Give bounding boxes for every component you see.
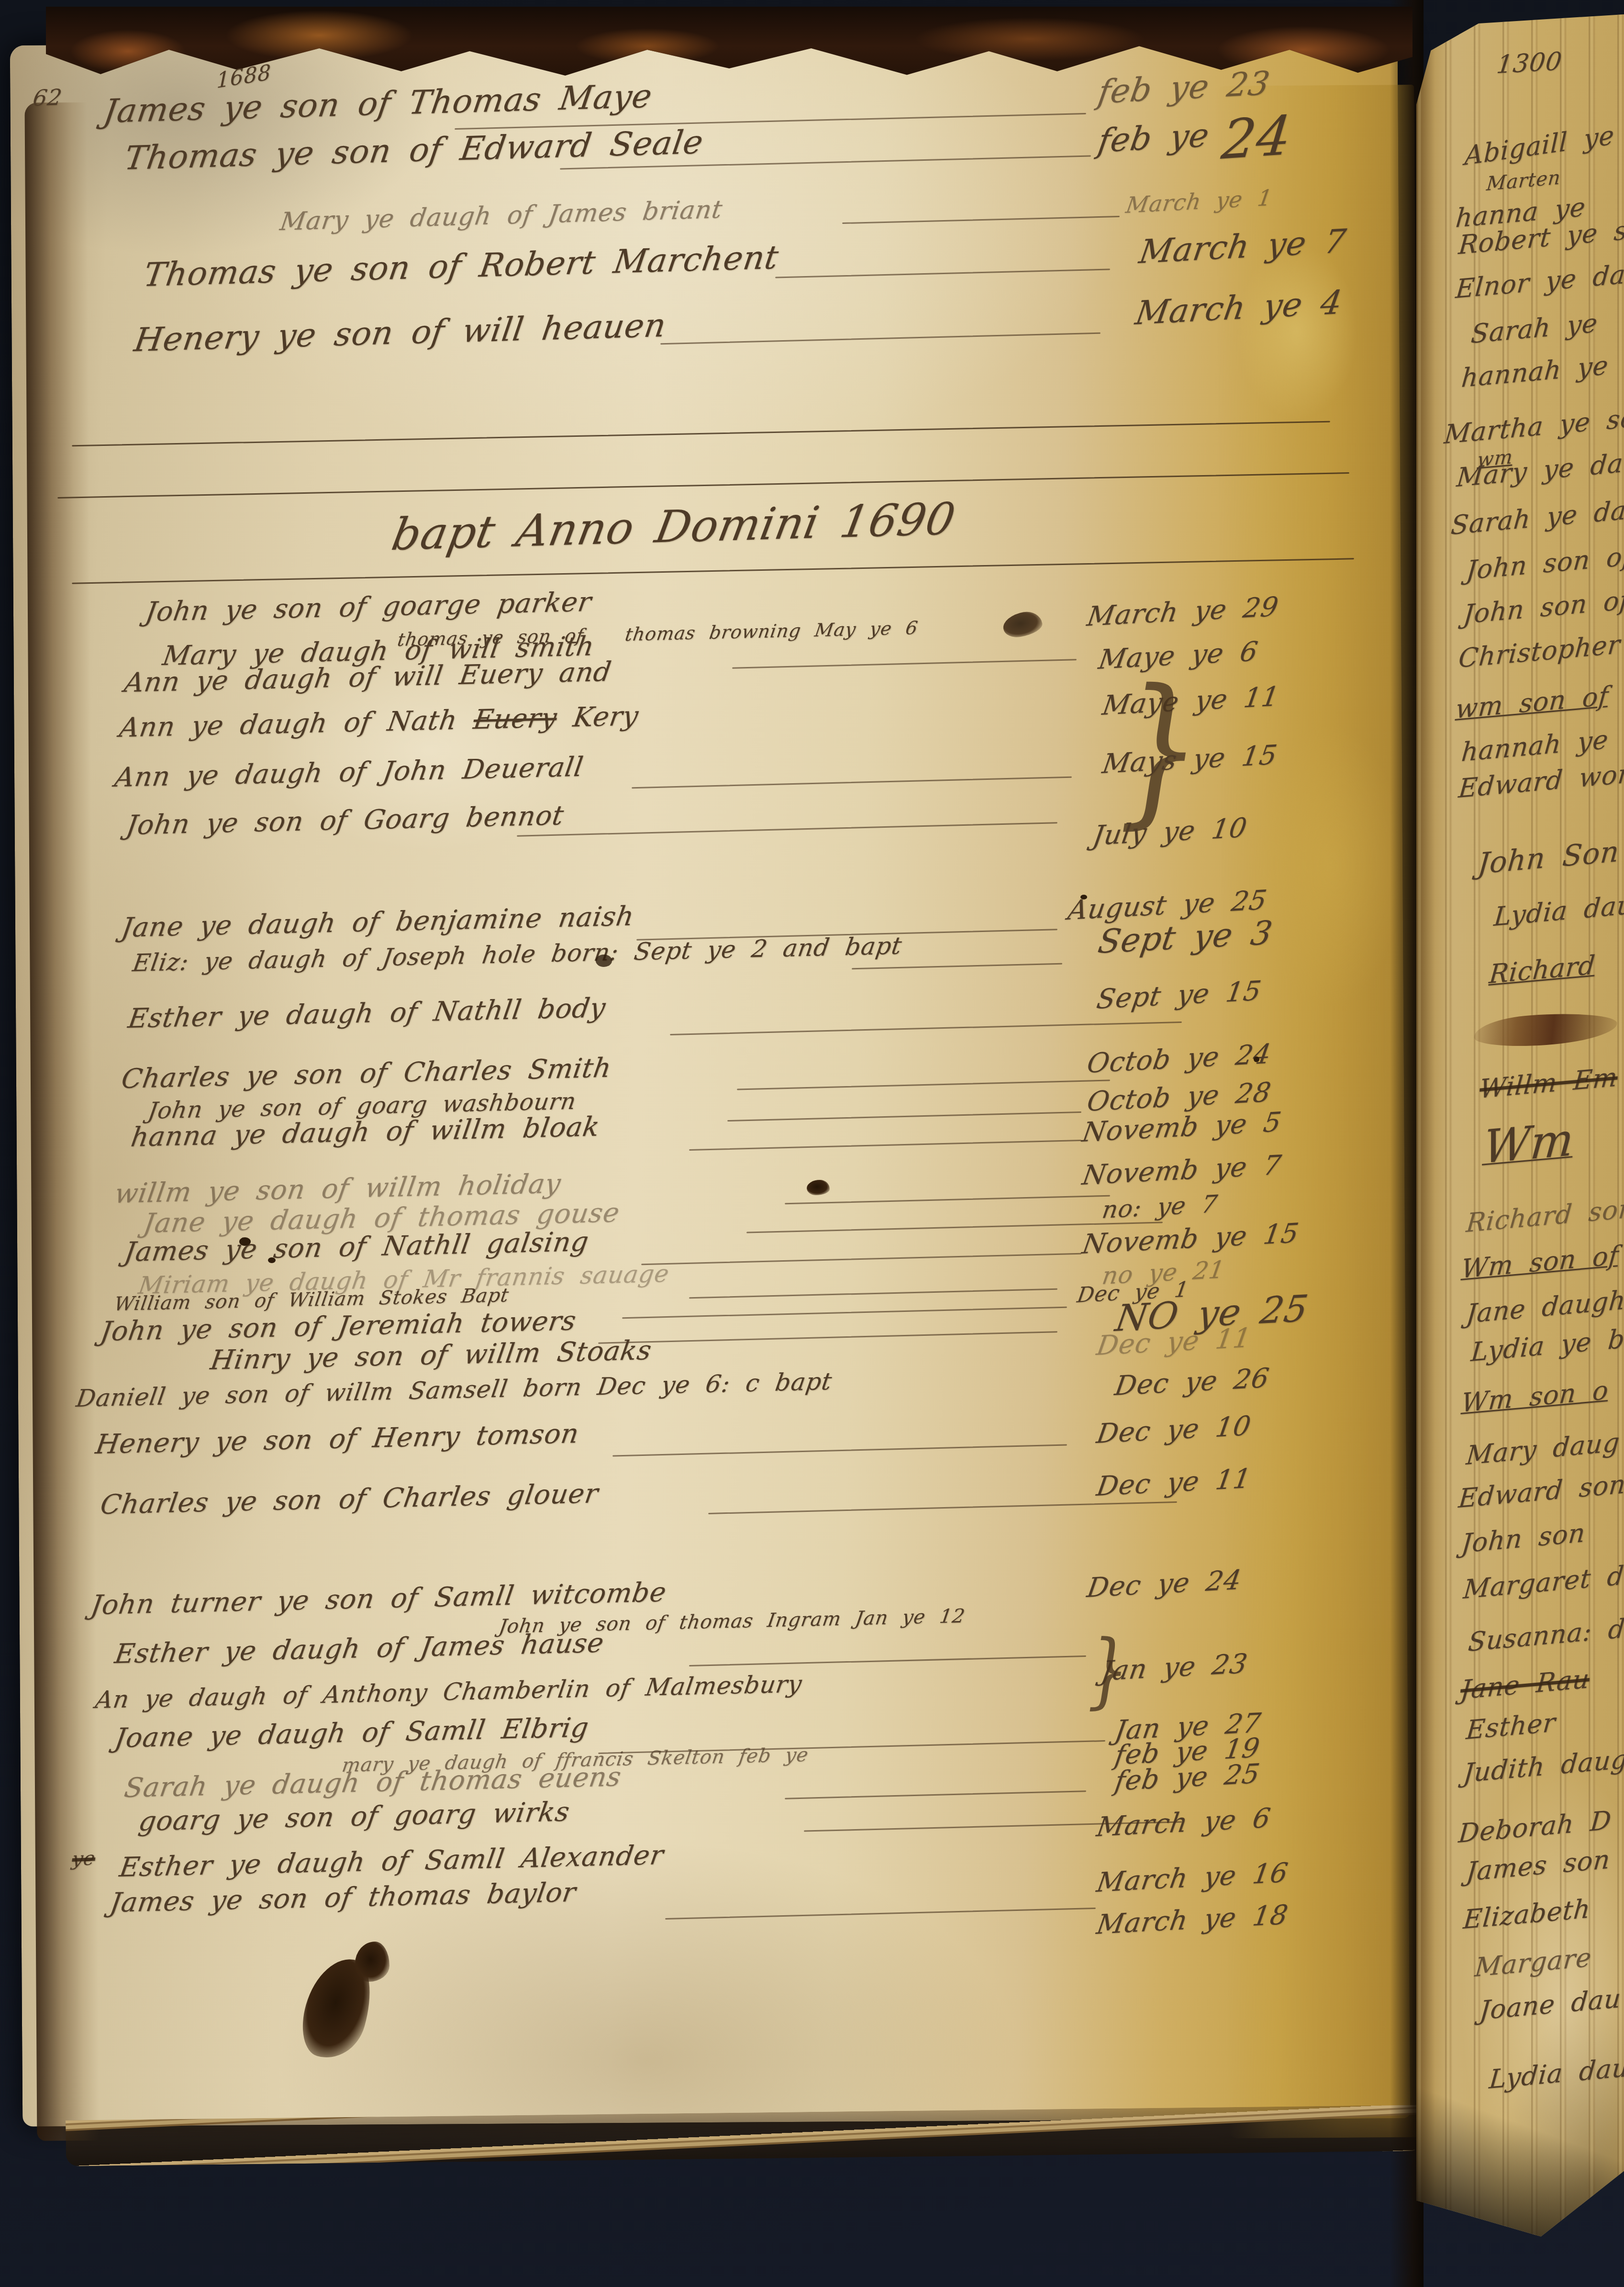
ink-speck bbox=[1080, 895, 1087, 899]
entry-date: Dec ye 24 bbox=[1085, 1567, 1244, 1602]
entry-date: feb ye 23 bbox=[1096, 67, 1272, 109]
margin-annotation: 24 bbox=[1219, 109, 1294, 167]
entry-date: feb ye 25 bbox=[1113, 1761, 1262, 1795]
entry-date: Sept ye 3 bbox=[1096, 917, 1275, 959]
ink-speck bbox=[596, 955, 612, 967]
facing-page-entry: Wm bbox=[1481, 1117, 1576, 1171]
entry-date: July ye 10 bbox=[1091, 815, 1249, 850]
spine-shadow-left bbox=[24, 102, 99, 2141]
grouping-brace: } bbox=[1088, 1623, 1129, 1718]
facing-page-entry: 1300 bbox=[1495, 49, 1564, 78]
margin-annotation: 62 bbox=[32, 86, 64, 109]
right-page-corner-shadow bbox=[1416, 2081, 1624, 2273]
entry-date: Dec ye 11 bbox=[1095, 1325, 1253, 1360]
page-stack-bottom-edge bbox=[66, 2105, 1420, 2166]
entry-date: Dec ye 11 bbox=[1095, 1465, 1253, 1500]
entry-date: feb ye bbox=[1096, 119, 1212, 158]
facing-page-entry: Esther bbox=[1465, 1710, 1557, 1743]
ink-speck bbox=[268, 1257, 276, 1263]
ink-speck bbox=[1254, 1056, 1259, 1062]
entry-date: Dec ye 10 bbox=[1095, 1413, 1253, 1448]
entry-date: Dec ye 26 bbox=[1113, 1365, 1271, 1400]
ink-blot bbox=[807, 1180, 830, 1195]
ink-speck bbox=[239, 1237, 251, 1246]
entry-date: no: ye 7 bbox=[1101, 1192, 1219, 1222]
margin-annotation: ye bbox=[71, 1849, 97, 1869]
manuscript-photo: bapt Anno Domini 1690 James ye son of Th… bbox=[0, 0, 1624, 2287]
